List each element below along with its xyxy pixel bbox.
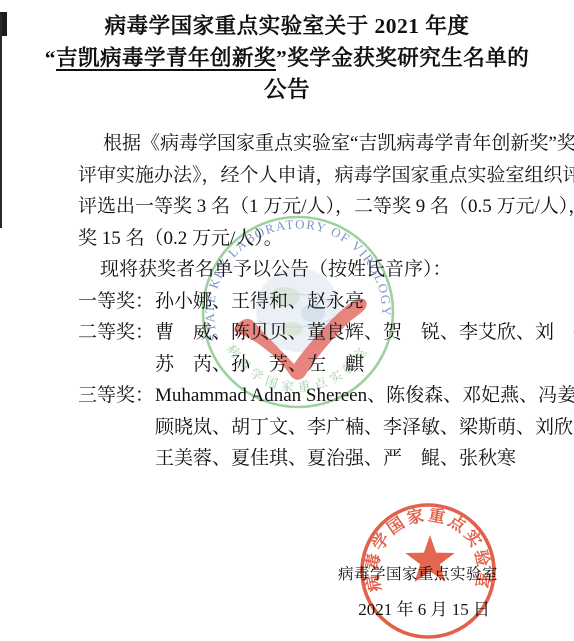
title-open-quote: “ bbox=[45, 46, 56, 70]
announcement-document: STATE KEY LABORATORY OF VIROLOGY 病毒学国家重点… bbox=[0, 0, 574, 641]
signature-organization: 病毒学国家重点实验室 bbox=[338, 562, 498, 584]
title-line-2-rest: ”奖学金获奖研究生名单的 bbox=[276, 46, 529, 70]
third-prize-label: 三等奖： bbox=[78, 380, 155, 475]
announce-line: 现将获奖者名单予以公告（按姓氏音序）： bbox=[78, 254, 518, 286]
document-title: 病毒学国家重点实验室关于 2021 年度 “吉凯病毒学青年创新奖”奖学金获奖研究… bbox=[18, 10, 556, 106]
third-prize-names: Muhammad Adnan Shereen、陈俊森、邓妃燕、冯姜澎、 顾晓岚、… bbox=[155, 380, 574, 475]
second-prize-row: 二等奖： 曹 威、陈贝贝、董良辉、贺 锐、李艾欣、刘 强、 苏 芮、孙 芳、左 … bbox=[78, 317, 518, 380]
first-prize-label: 一等奖： bbox=[78, 286, 155, 318]
third-prize-row: 三等奖： Muhammad Adnan Shereen、陈俊森、邓妃燕、冯姜澎、… bbox=[78, 380, 518, 475]
title-line-1: 病毒学国家重点实验室关于 2021 年度 bbox=[18, 10, 556, 42]
first-prize-names: 孙小娜、王得和、赵永亮 bbox=[155, 286, 364, 318]
second-prize-names: 曹 威、陈贝贝、董良辉、贺 锐、李艾欣、刘 强、 苏 芮、孙 芳、左 麒 bbox=[155, 317, 574, 380]
title-line-2: “吉凯病毒学青年创新奖”奖学金获奖研究生名单的 bbox=[18, 42, 556, 74]
title-award-name: 吉凯病毒学青年创新奖 bbox=[56, 46, 276, 70]
second-prize-label: 二等奖： bbox=[78, 317, 155, 380]
document-body: 根据《病毒学国家重点实验室“吉凯病毒学青年创新奖”奖学金 评审实施办法》，经个人… bbox=[78, 128, 518, 475]
scan-artifact-line bbox=[0, 14, 2, 228]
first-prize-row: 一等奖： 孙小娜、王得和、赵永亮 bbox=[78, 286, 518, 318]
intro-paragraph: 根据《病毒学国家重点实验室“吉凯病毒学青年创新奖”奖学金 评审实施办法》，经个人… bbox=[78, 128, 518, 254]
signature-date: 2021 年 6 月 15 日 bbox=[358, 595, 490, 620]
title-line-3: 公告 bbox=[18, 74, 556, 106]
